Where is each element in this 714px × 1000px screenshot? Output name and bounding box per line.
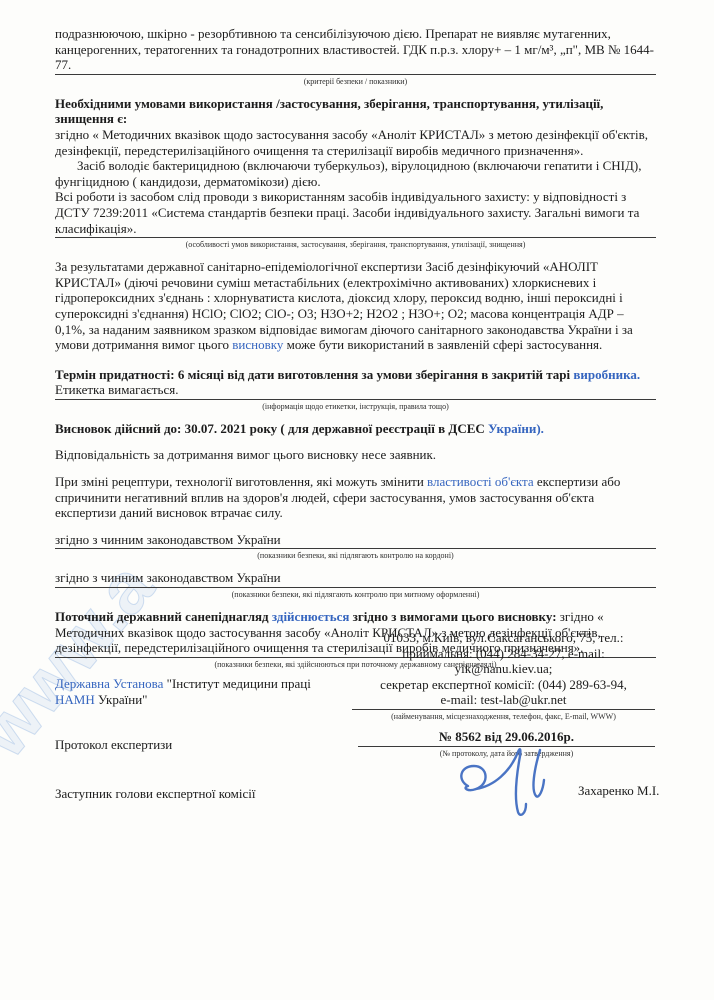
label-required-line: Етикетка вимагається. xyxy=(55,382,656,398)
shelf-life-line: Термін придатності: 6 місяці від дати ви… xyxy=(55,367,656,383)
organization-acronym-blue: НАМН xyxy=(55,692,95,707)
expertise-result-paragraph: За результатами державної санітарно-епід… xyxy=(55,259,656,353)
contact-block: 01033, м.Київ, вул.Саксаганського, 75, т… xyxy=(352,630,655,722)
responsibility-line: Відповідальність за дотримання вимог цьо… xyxy=(55,447,656,463)
conditions-paragraph-2: Засіб володіє бактерицидною (включаючи т… xyxy=(55,158,656,189)
organization-name: Державна Установа "Інститут медицини пра… xyxy=(55,676,367,707)
border-control-caption: (показники безпеки, які підлягають контр… xyxy=(55,551,656,561)
shelf-life-blue-word: виробника. xyxy=(573,367,640,382)
recipe-change-blue-word: властивості об'єкта xyxy=(427,474,534,489)
validity-blue-word: України). xyxy=(488,421,544,436)
customs-control-line: згідно з чинним законодавством України xyxy=(55,570,656,586)
shelf-life-section: Термін придатності: 6 місяці від дати ви… xyxy=(55,367,656,412)
contact-reception-line: приймальня: (044) 284-34-27, e-mail: xyxy=(352,646,655,662)
contact-email2-line: e-mail: test-lab@ukr.net xyxy=(352,692,655,708)
signatory-role: Заступник голови експертної комісії xyxy=(55,786,256,802)
conditions-paragraph-1: згідно « Методичних вказівок щодо застос… xyxy=(55,127,656,158)
recipe-change-section: При зміні рецептури, технології виготовл… xyxy=(55,474,656,521)
border-control-section: згідно з чинним законодавством України (… xyxy=(55,532,656,562)
customs-control-caption: (показники безпеки, які підлягають контр… xyxy=(55,590,656,600)
criteria-section: подразнюючою, шкірно - резорбтивною та с… xyxy=(55,26,656,87)
conditions-section: Необхідними умовами використання /застос… xyxy=(55,96,656,250)
surveillance-blue-word: здійснюється xyxy=(272,609,350,624)
surveillance-bold-end: згідно з вимогами цього висновку: xyxy=(349,609,556,624)
customs-control-section: згідно з чинним законодавством України (… xyxy=(55,570,656,600)
expertise-result-section: За результатами державної санітарно-епід… xyxy=(55,259,656,353)
recipe-change-paragraph: При зміні рецептури, технології виготовл… xyxy=(55,474,656,521)
handwritten-signature xyxy=(452,740,564,822)
contact-caption: (найменування, місцезнаходження, телефон… xyxy=(352,712,655,722)
organization-name-text: "Інститут медицини праці xyxy=(163,676,310,691)
expertise-blue-word: висновку xyxy=(232,337,283,352)
validity-bold: Висновок дійсний до: 30.07. 2021 року ( … xyxy=(55,421,488,436)
contact-address-line: 01033, м.Київ, вул.Саксаганського, 75, т… xyxy=(352,630,655,646)
validity-line: Висновок дійсний до: 30.07. 2021 року ( … xyxy=(55,421,656,437)
signatory-name: Захаренко М.І. xyxy=(578,783,659,799)
organization-name-text2: України" xyxy=(95,692,148,707)
shelf-life-caption: (інформація щодо етикетки, інструкція, п… xyxy=(55,402,656,412)
organization-name-blue: Державна Установа xyxy=(55,676,163,691)
criteria-caption: (критерії безпеки / показники) xyxy=(55,77,656,87)
responsibility-section: Відповідальність за дотримання вимог цьо… xyxy=(55,447,656,463)
shelf-life-bold: Термін придатності: 6 місяці від дати ви… xyxy=(55,367,573,382)
intro-paragraph: подразнюючою, шкірно - резорбтивною та с… xyxy=(55,26,656,73)
organization-block: Державна Установа "Інститут медицини пра… xyxy=(55,676,367,707)
protocol-label: Протокол експертизи xyxy=(55,737,172,753)
border-control-line: згідно з чинним законодавством України xyxy=(55,532,656,548)
conditions-caption: (особливості умов використання, застосув… xyxy=(55,240,656,250)
conditions-heading: Необхідними умовами використання /застос… xyxy=(55,96,656,127)
surveillance-bold: Поточний державний санепіднагляд xyxy=(55,609,272,624)
recipe-change-text: При зміні рецептури, технології виготовл… xyxy=(55,474,427,489)
expertise-text-end: може бути використаний в заявленій сфері… xyxy=(283,337,602,352)
validity-section: Висновок дійсний до: 30.07. 2021 року ( … xyxy=(55,421,656,437)
contact-email-line: yik@nanu.kiev.ua; xyxy=(352,661,655,677)
document-page: www.a ua подразнюючою, шкірно - резорбти… xyxy=(0,0,714,1000)
contact-secretary-line: секретар експертної комісії: (044) 289-6… xyxy=(352,677,655,693)
conditions-paragraph-3: Всі роботи із засобом слід проводи з вик… xyxy=(55,189,656,236)
document-body: подразнюючою, шкірно - резорбтивною та с… xyxy=(55,26,656,679)
